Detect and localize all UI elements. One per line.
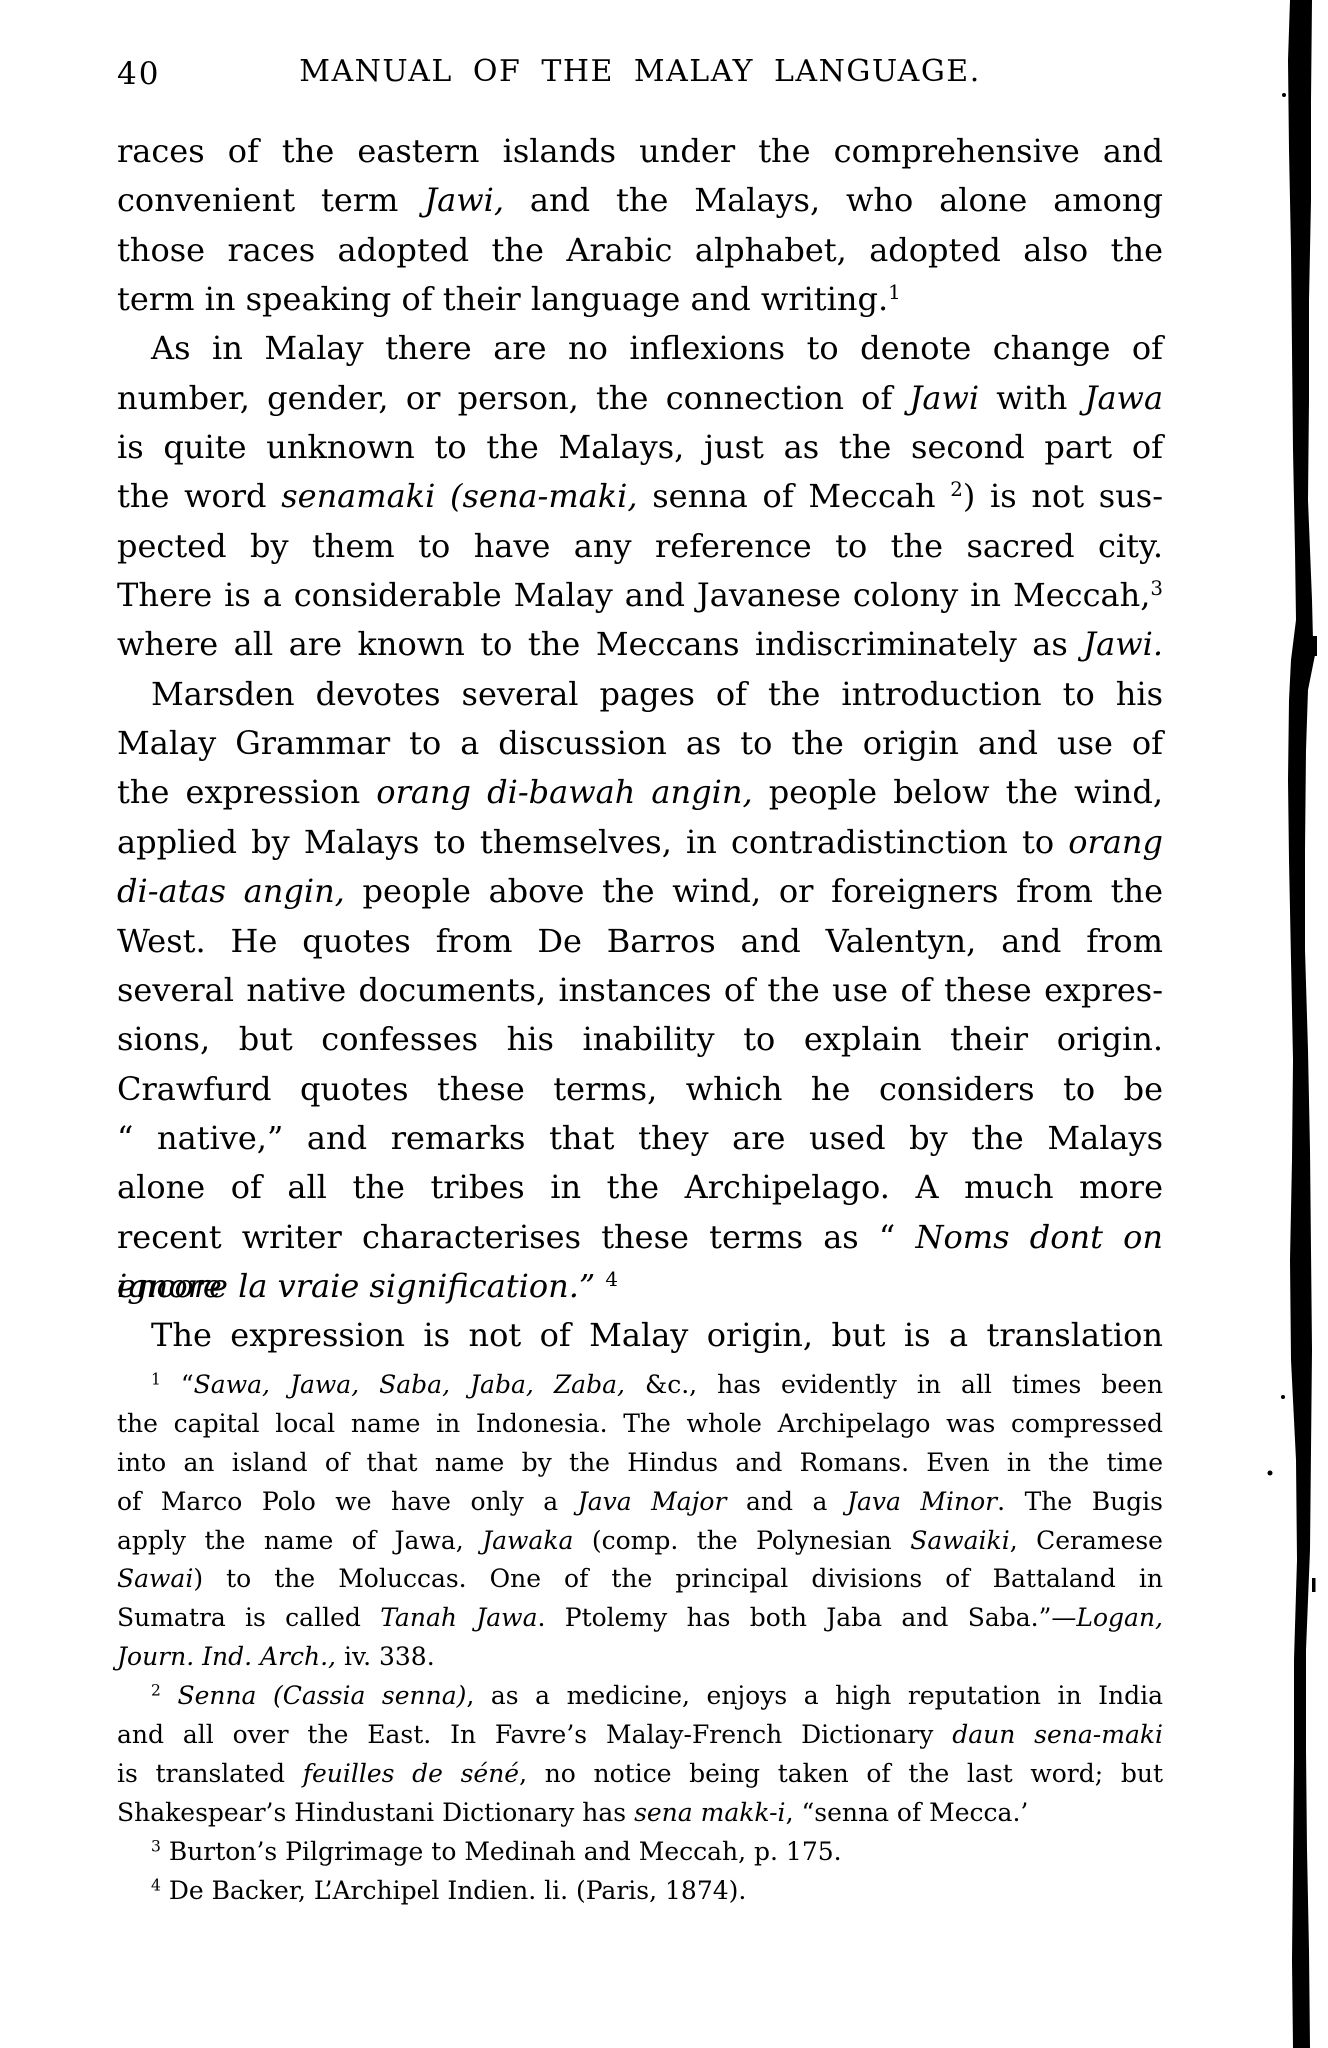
text-line: Sawai) to the Moluccas. One of the princ… bbox=[117, 1560, 1163, 1599]
text-line: of Marco Polo we have only a Java Major … bbox=[117, 1483, 1163, 1522]
text-line: sions, but confesses his inability to ex… bbox=[117, 1015, 1163, 1064]
text-segment: is quite unknown to the Malays, just as … bbox=[117, 428, 1163, 466]
text-line: Malay Grammar to a discussion as to the … bbox=[117, 719, 1163, 768]
text-segment: applied by Malays to themselves, in cont… bbox=[117, 823, 1068, 861]
footnote-ref: 1 bbox=[888, 281, 901, 304]
text-segment: There is a considerable Malay and Javane… bbox=[117, 576, 1150, 614]
text-line: 4 De Backer, L’Archipel Indien. li. (Par… bbox=[117, 1872, 1163, 1911]
text-segment: several native documents, instances of t… bbox=[117, 971, 1163, 1009]
text-segment: convenient term bbox=[117, 181, 424, 219]
text-segment: , as a medicine, enjoys a high reputatio… bbox=[466, 1681, 1163, 1710]
text-segment: daun sena-maki bbox=[952, 1720, 1163, 1749]
text-segment: encore la vraie signification.” bbox=[117, 1267, 595, 1305]
text-segment: apply the name of Jawa, bbox=[117, 1526, 482, 1555]
text-segment: . The Bugis bbox=[997, 1487, 1163, 1516]
text-line: Journ. Ind. Arch., iv. 338. bbox=[117, 1638, 1163, 1677]
text-segment: The expression is not of Malay origin, b… bbox=[151, 1316, 1163, 1354]
text-segment: Jawi. bbox=[1083, 625, 1163, 663]
text-segment: Jawaka bbox=[482, 1526, 573, 1555]
text-line: Marsden devotes several pages of the int… bbox=[117, 670, 1163, 719]
footnote-ref: 3 bbox=[151, 1837, 161, 1855]
text-segment: West. He quotes from De Barros and Valen… bbox=[117, 922, 1163, 960]
text-segment: where all are known to the Meccans indis… bbox=[117, 625, 1083, 663]
text-segment: senamaki (sena-maki, bbox=[281, 477, 637, 515]
text-segment: is translated bbox=[117, 1759, 303, 1788]
text-segment: races of the eastern islands under the c… bbox=[117, 132, 1163, 170]
text-segment: the capital local name in Indonesia. The… bbox=[117, 1409, 1163, 1438]
text-segment: sena makk-i bbox=[634, 1798, 786, 1827]
text-segment: iv. 338. bbox=[336, 1642, 435, 1671]
text-line: di-atas angin, people above the wind, or… bbox=[117, 867, 1163, 916]
text-segment: ) to the Moluccas. One of the principal … bbox=[193, 1564, 1163, 1593]
text-line: pected by them to have any reference to … bbox=[117, 522, 1163, 571]
text-line: alone of all the tribes in the Archipela… bbox=[117, 1163, 1163, 1212]
footnote-ref: 4 bbox=[605, 1268, 618, 1291]
text-segment: Java Minor bbox=[847, 1487, 997, 1516]
text-segment bbox=[161, 1681, 178, 1710]
text-segment: and the Malays, who alone among bbox=[504, 181, 1163, 219]
text-segment: and all over the East. In Favre’s Malay-… bbox=[117, 1720, 952, 1749]
text-line: into an island of that name by the Hindu… bbox=[117, 1444, 1163, 1483]
text-segment: , “senna of Mecca.’ bbox=[786, 1798, 1029, 1827]
text-segment: ) is not sus- bbox=[963, 477, 1163, 515]
text-segment: with bbox=[979, 379, 1085, 417]
text-line: several native documents, instances of t… bbox=[117, 966, 1163, 1015]
text-segment: alone of all the tribes in the Archipela… bbox=[117, 1168, 1163, 1206]
text-segment: people below the wind, bbox=[753, 773, 1163, 811]
text-line: West. He quotes from De Barros and Valen… bbox=[117, 917, 1163, 966]
text-segment: As in Malay there are no inflexions to d… bbox=[151, 329, 1163, 367]
text-line: Sumatra is called Tanah Jawa. Ptolemy ha… bbox=[117, 1599, 1163, 1638]
text-segment: orang bbox=[1068, 823, 1163, 861]
scan-speck bbox=[1282, 93, 1286, 97]
text-line: 3 Burton’s Pilgrimage to Medinah and Mec… bbox=[117, 1833, 1163, 1872]
scanned-book-page: 40 MANUAL OF THE MALAY LANGUAGE. races o… bbox=[0, 0, 1328, 2048]
text-segment: term in speaking of their language and w… bbox=[117, 280, 888, 318]
text-line: 2 Senna (Cassia senna), as a medicine, e… bbox=[117, 1677, 1163, 1716]
text-line: As in Malay there are no inflexions to d… bbox=[117, 324, 1163, 373]
text-segment: . Ptolemy has both Jaba and Saba.”— bbox=[538, 1603, 1077, 1632]
text-segment: Logan, bbox=[1076, 1603, 1163, 1632]
text-segment: Burton’s Pilgrimage to Medinah and Mecca… bbox=[161, 1837, 842, 1866]
text-segment: sions, but confesses his inability to ex… bbox=[117, 1020, 1163, 1058]
text-line: Shakespear’s Hindustani Dictionary has s… bbox=[117, 1794, 1163, 1833]
text-line: is quite unknown to the Malays, just as … bbox=[117, 423, 1163, 472]
text-segment: of Marco Polo we have only a bbox=[117, 1487, 578, 1516]
text-line: 1 “Sawa, Jawa, Saba, Jaba, Zaba, &c., ha… bbox=[117, 1366, 1163, 1405]
text-segment: (comp. the Polynesian bbox=[573, 1526, 910, 1555]
text-segment: orang di-bawah angin, bbox=[376, 773, 752, 811]
text-line: There is a considerable Malay and Javane… bbox=[117, 571, 1163, 620]
text-segment: “ bbox=[161, 1370, 194, 1399]
text-segment: , no notice being taken of the last word… bbox=[519, 1759, 1163, 1788]
text-segment: recent writer characterises these terms … bbox=[117, 1218, 915, 1256]
footnote-ref: 1 bbox=[151, 1370, 161, 1388]
scan-gutter-artifact bbox=[1255, 0, 1328, 2048]
text-segment: &c., has evidently in all times been bbox=[625, 1370, 1163, 1399]
text-line: applied by Malays to themselves, in cont… bbox=[117, 818, 1163, 867]
text-line: Crawfurd quotes these terms, which he co… bbox=[117, 1065, 1163, 1114]
text-line: term in speaking of their language and w… bbox=[117, 275, 1163, 324]
scan-speck bbox=[1268, 1471, 1273, 1476]
text-segment: those races adopted the Arabic alphabet,… bbox=[117, 231, 1163, 269]
text-line: apply the name of Jawa, Jawaka (comp. th… bbox=[117, 1522, 1163, 1561]
text-segment: pected by them to have any reference to … bbox=[117, 527, 1163, 565]
page-header: 40 MANUAL OF THE MALAY LANGUAGE. bbox=[117, 54, 1163, 96]
text-line: the expression orang di-bawah angin, peo… bbox=[117, 768, 1163, 817]
text-line: those races adopted the Arabic alphabet,… bbox=[117, 226, 1163, 275]
text-segment: Sumatra is called bbox=[117, 1603, 380, 1632]
text-line: convenient term Jawi, and the Malays, wh… bbox=[117, 176, 1163, 225]
footnote-ref: 2 bbox=[950, 479, 963, 502]
text-segment: Malay Grammar to a discussion as to the … bbox=[117, 724, 1163, 762]
text-segment: number, gender, or person, the connectio… bbox=[117, 379, 910, 417]
text-segment: senna of Meccah bbox=[638, 477, 951, 515]
text-segment: Jawa bbox=[1085, 379, 1163, 417]
scan-speck bbox=[1311, 636, 1317, 656]
footnote-ref: 3 bbox=[1150, 577, 1163, 600]
text-segment: the word bbox=[117, 477, 281, 515]
text-line: recent writer characterises these terms … bbox=[117, 1213, 1163, 1262]
text-segment: the expression bbox=[117, 773, 376, 811]
text-segment: De Backer, L’Archipel Indien. li. (Paris… bbox=[161, 1876, 746, 1905]
footnote-ref: 2 bbox=[151, 1682, 161, 1700]
body-text: races of the eastern islands under the c… bbox=[117, 127, 1163, 1361]
footnotes: 1 “Sawa, Jawa, Saba, Jaba, Zaba, &c., ha… bbox=[117, 1366, 1163, 1910]
text-segment: feuilles de séné bbox=[303, 1759, 519, 1788]
text-line: number, gender, or person, the connectio… bbox=[117, 374, 1163, 423]
scan-speck bbox=[1281, 1395, 1285, 1399]
text-segment: di-atas angin, bbox=[117, 872, 345, 910]
text-line: races of the eastern islands under the c… bbox=[117, 127, 1163, 176]
footnote-ref: 4 bbox=[151, 1876, 161, 1894]
text-segment: Jawi bbox=[910, 379, 980, 417]
text-segment: into an island of that name by the Hindu… bbox=[117, 1448, 1163, 1477]
text-line: where all are known to the Meccans indis… bbox=[117, 620, 1163, 669]
text-segment: Sawai bbox=[117, 1564, 193, 1593]
text-segment: , Ceramese bbox=[1010, 1526, 1163, 1555]
text-segment: Crawfurd quotes these terms, which he co… bbox=[117, 1070, 1163, 1108]
text-line: The expression is not of Malay origin, b… bbox=[117, 1311, 1163, 1360]
text-segment: people above the wind, or foreigners fro… bbox=[345, 872, 1163, 910]
text-line: the word senamaki (sena-maki, senna of M… bbox=[117, 472, 1163, 521]
text-line: and all over the East. In Favre’s Malay-… bbox=[117, 1716, 1163, 1755]
text-segment: Sawa, Jawa, Saba, Jaba, Zaba, bbox=[194, 1370, 625, 1399]
scan-speck bbox=[1312, 1578, 1316, 1592]
text-segment bbox=[595, 1267, 605, 1305]
text-segment: Sawaiki bbox=[910, 1526, 1009, 1555]
text-segment: Senna (Cassia senna) bbox=[177, 1681, 466, 1710]
text-segment: Jawi, bbox=[424, 181, 504, 219]
text-segment: “ native,” and remarks that they are use… bbox=[117, 1119, 1163, 1157]
text-line: the capital local name in Indonesia. The… bbox=[117, 1405, 1163, 1444]
text-line: is translated feuilles de séné, no notic… bbox=[117, 1755, 1163, 1794]
running-title: MANUAL OF THE MALAY LANGUAGE. bbox=[117, 54, 1163, 89]
text-segment: Shakespear’s Hindustani Dictionary has bbox=[117, 1798, 634, 1827]
text-segment: Java Major bbox=[578, 1487, 727, 1516]
text-line: encore la vraie signification.” 4 bbox=[117, 1262, 1163, 1311]
text-line: “ native,” and remarks that they are use… bbox=[117, 1114, 1163, 1163]
text-segment: Journ. Ind. Arch., bbox=[117, 1642, 336, 1671]
text-segment: and a bbox=[726, 1487, 847, 1516]
text-segment: Marsden devotes several pages of the int… bbox=[151, 675, 1163, 713]
text-segment: Tanah Jawa bbox=[380, 1603, 537, 1632]
